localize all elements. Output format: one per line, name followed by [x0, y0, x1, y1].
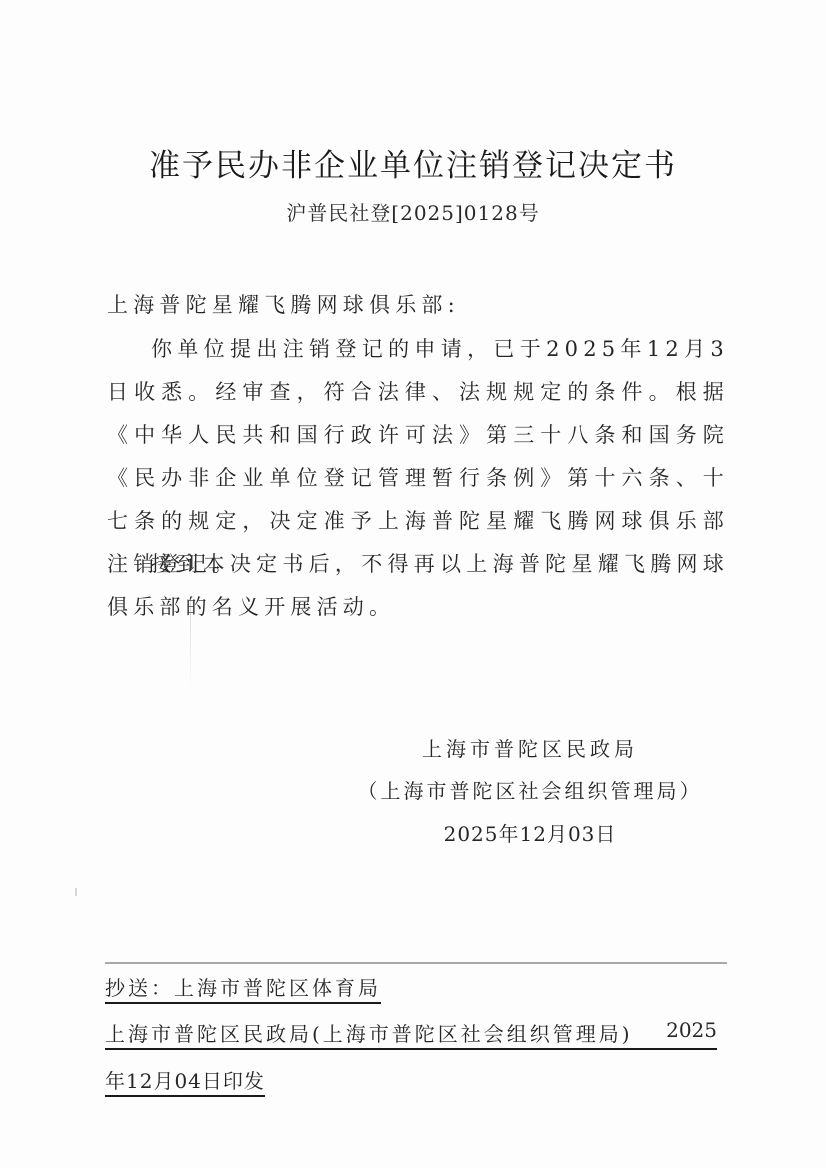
document-number: 沪普民社登[2025]0128号 — [0, 197, 826, 226]
document-title: 准予民办非企业单位注销登记决定书 — [0, 140, 826, 185]
print-year: 2025 — [666, 1018, 717, 1047]
printer-line: 上海市普陀区民政局(上海市普陀区社会组织管理局) 2025 — [105, 1018, 717, 1050]
footer-divider — [105, 962, 727, 964]
scan-speck — [75, 888, 77, 896]
issue-date: 2025年12月03日 — [340, 818, 720, 847]
issuer-name: 上海市普陀区民政局 — [340, 733, 720, 762]
addressee: 上海普陀星耀飞腾网球俱乐部: — [107, 284, 729, 327]
body-paragraph-2: 接到本决定书后，不得再以上海普陀星耀飞腾网球俱乐部的名义开展活动。 — [107, 543, 729, 629]
print-date: 年12月04日印发 — [105, 1065, 265, 1097]
printer-name: 上海市普陀区民政局(上海市普陀区社会组织管理局) — [105, 1018, 633, 1047]
issuer-alt-name: （上海市普陀区社会组织管理局） — [340, 775, 720, 804]
cc-recipients: 抄送：上海市普陀区体育局 — [105, 972, 381, 1004]
document-page: 准予民办非企业单位注销登记决定书 沪普民社登[2025]0128号 上海普陀星耀… — [0, 0, 826, 1168]
